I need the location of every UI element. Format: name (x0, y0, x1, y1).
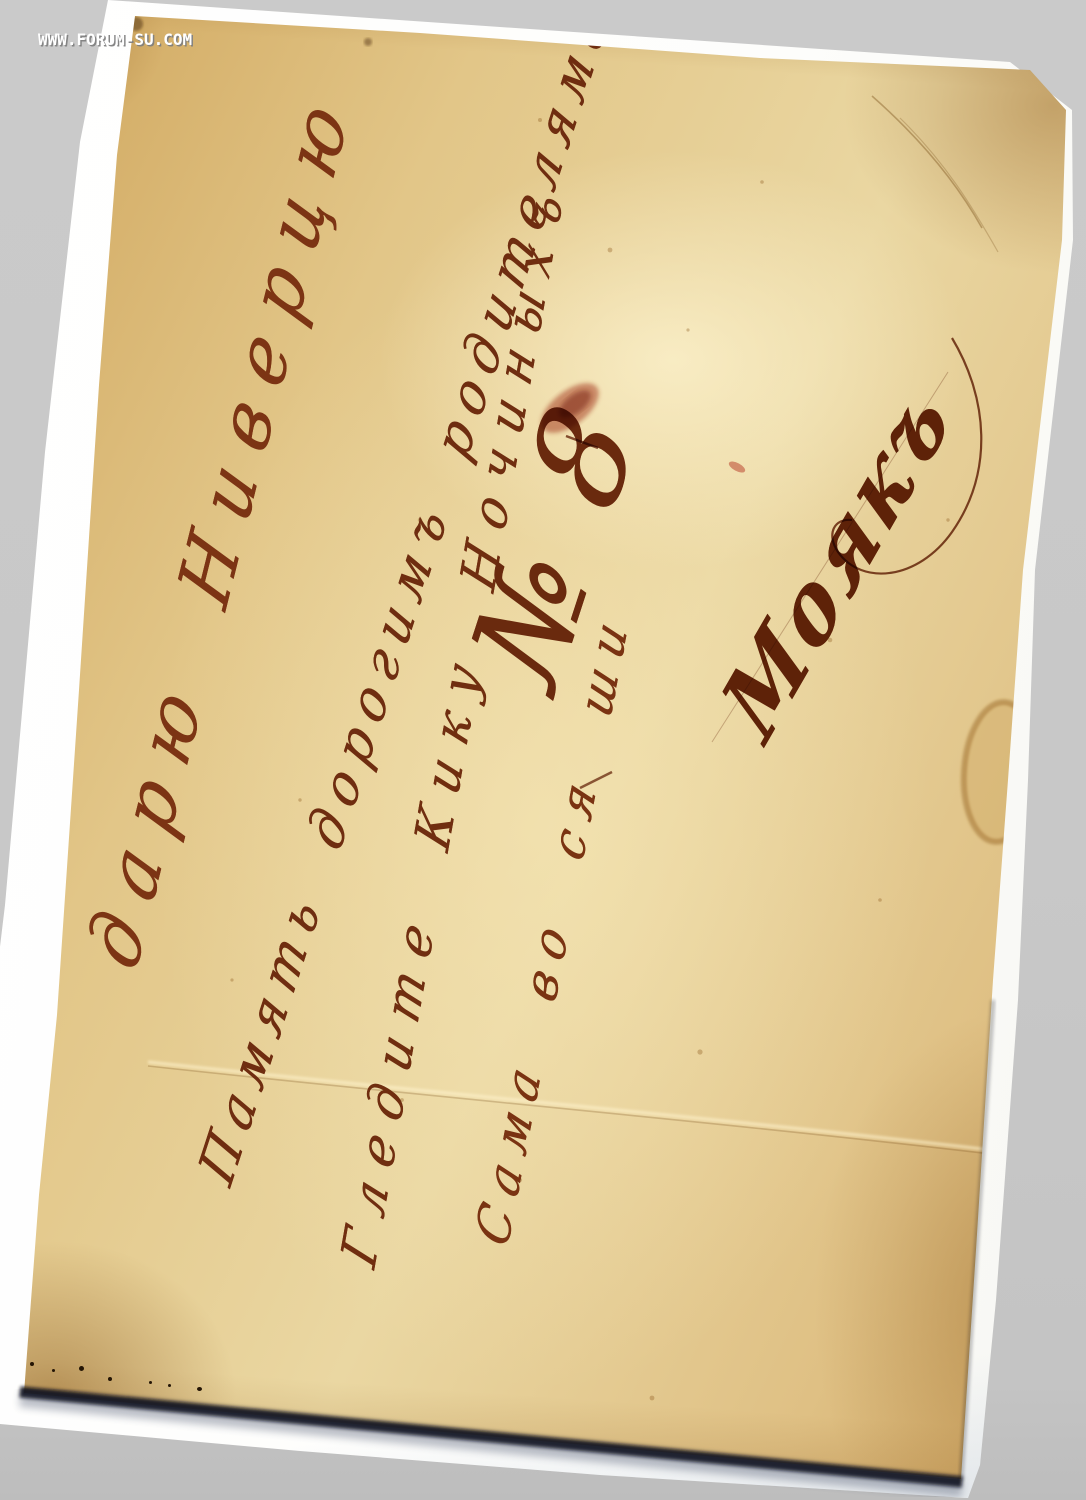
edge-speck (149, 1381, 152, 1384)
handwriting-line-4: Сама во ся ши (466, 600, 641, 1254)
edge-speck (52, 1369, 55, 1372)
signature: Моякъ (703, 358, 970, 761)
scratch-line (900, 118, 998, 252)
edge-speck (30, 1362, 34, 1366)
signature-text: Моякъ (703, 358, 970, 761)
handwriting-line-4-text: Сама во ся ши (466, 600, 641, 1254)
watermark-text: WWW.FORUM-SU.COM (38, 30, 192, 49)
scratch-line (872, 96, 982, 228)
pink-fleck (727, 459, 747, 475)
edge-speck (108, 1377, 112, 1381)
edge-speck (79, 1366, 84, 1371)
edge-nick (364, 38, 372, 46)
photo-card-back: дарю Ниверцю Память дорогимъ родителямся… (0, 0, 1086, 1500)
edge-speck (197, 1387, 202, 1391)
edge-speck (168, 1384, 171, 1387)
